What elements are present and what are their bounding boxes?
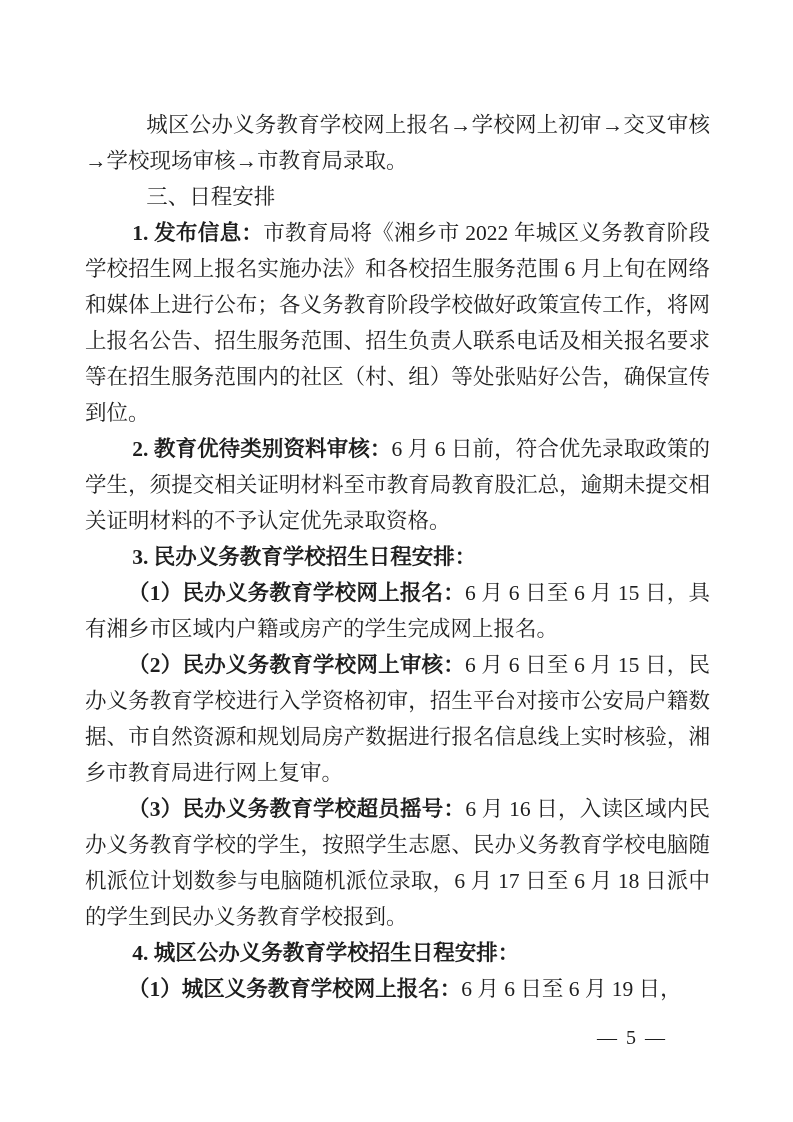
paragraph: 4. 城区公办义务教育学校招生日程安排： — [85, 935, 710, 971]
paragraph: （1）城区义务教育学校网上报名：6 月 6 日至 6 月 19 日， — [85, 971, 710, 1007]
paragraph-heading-label: （1）城区义务教育学校网上报名： — [128, 977, 461, 1001]
paragraph: 三、日程安排 — [85, 179, 710, 215]
document-page: 城区公办义务教育学校网上报名→学校网上初审→交叉审核→学校现场审核→市教育局录取… — [0, 0, 793, 1122]
paragraph-text: 城区公办义务教育学校网上报名→学校网上初审→交叉审核→学校现场审核→市教育局录取… — [85, 113, 710, 173]
paragraph: 1. 发布信息：市教育局将《湘乡市 2022 年城区义务教育阶段学校招生网上报名… — [85, 215, 710, 431]
paragraph-heading-label: 3. 民办义务教育学校招生日程安排： — [132, 545, 476, 569]
paragraph-text: 市教育局将《湘乡市 2022 年城区义务教育阶段学校招生网上报名实施办法》和各校… — [85, 221, 710, 425]
paragraph-heading-label: （1）民办义务教育学校网上报名： — [128, 581, 465, 605]
paragraph-text: 6 月 6 日至 6 月 19 日， — [461, 977, 681, 1001]
paragraph: （3）民办义务教育学校超员摇号：6 月 16 日，入读区域内民办义务教育学校的学… — [85, 791, 710, 935]
paragraph-heading-label: 4. 城区公办义务教育学校招生日程安排： — [132, 941, 519, 965]
paragraph: 2. 教育优待类别资料审核：6 月 6 日前，符合优先录取政策的学生，须提交相关… — [85, 431, 710, 539]
paragraph-text: 三、日程安排 — [146, 185, 275, 209]
paragraph: 3. 民办义务教育学校招生日程安排： — [85, 539, 710, 575]
paragraph-heading-label: （2）民办义务教育学校网上审核： — [128, 653, 465, 677]
paragraph-heading-label: 1. 发布信息： — [132, 221, 263, 245]
paragraph-heading-label: 2. 教育优待类别资料审核： — [132, 437, 391, 461]
page-number: — 5 — — [597, 1024, 667, 1052]
document-body: 城区公办义务教育学校网上报名→学校网上初审→交叉审核→学校现场审核→市教育局录取… — [85, 107, 710, 1007]
paragraph: （2）民办义务教育学校网上审核：6 月 6 日至 6 月 15 日，民办义务教育… — [85, 647, 710, 791]
paragraph-heading-label: （3）民办义务教育学校超员摇号： — [128, 797, 465, 821]
paragraph: 城区公办义务教育学校网上报名→学校网上初审→交叉审核→学校现场审核→市教育局录取… — [85, 107, 710, 179]
paragraph: （1）民办义务教育学校网上报名：6 月 6 日至 6 月 15 日，具有湘乡市区… — [85, 575, 710, 647]
